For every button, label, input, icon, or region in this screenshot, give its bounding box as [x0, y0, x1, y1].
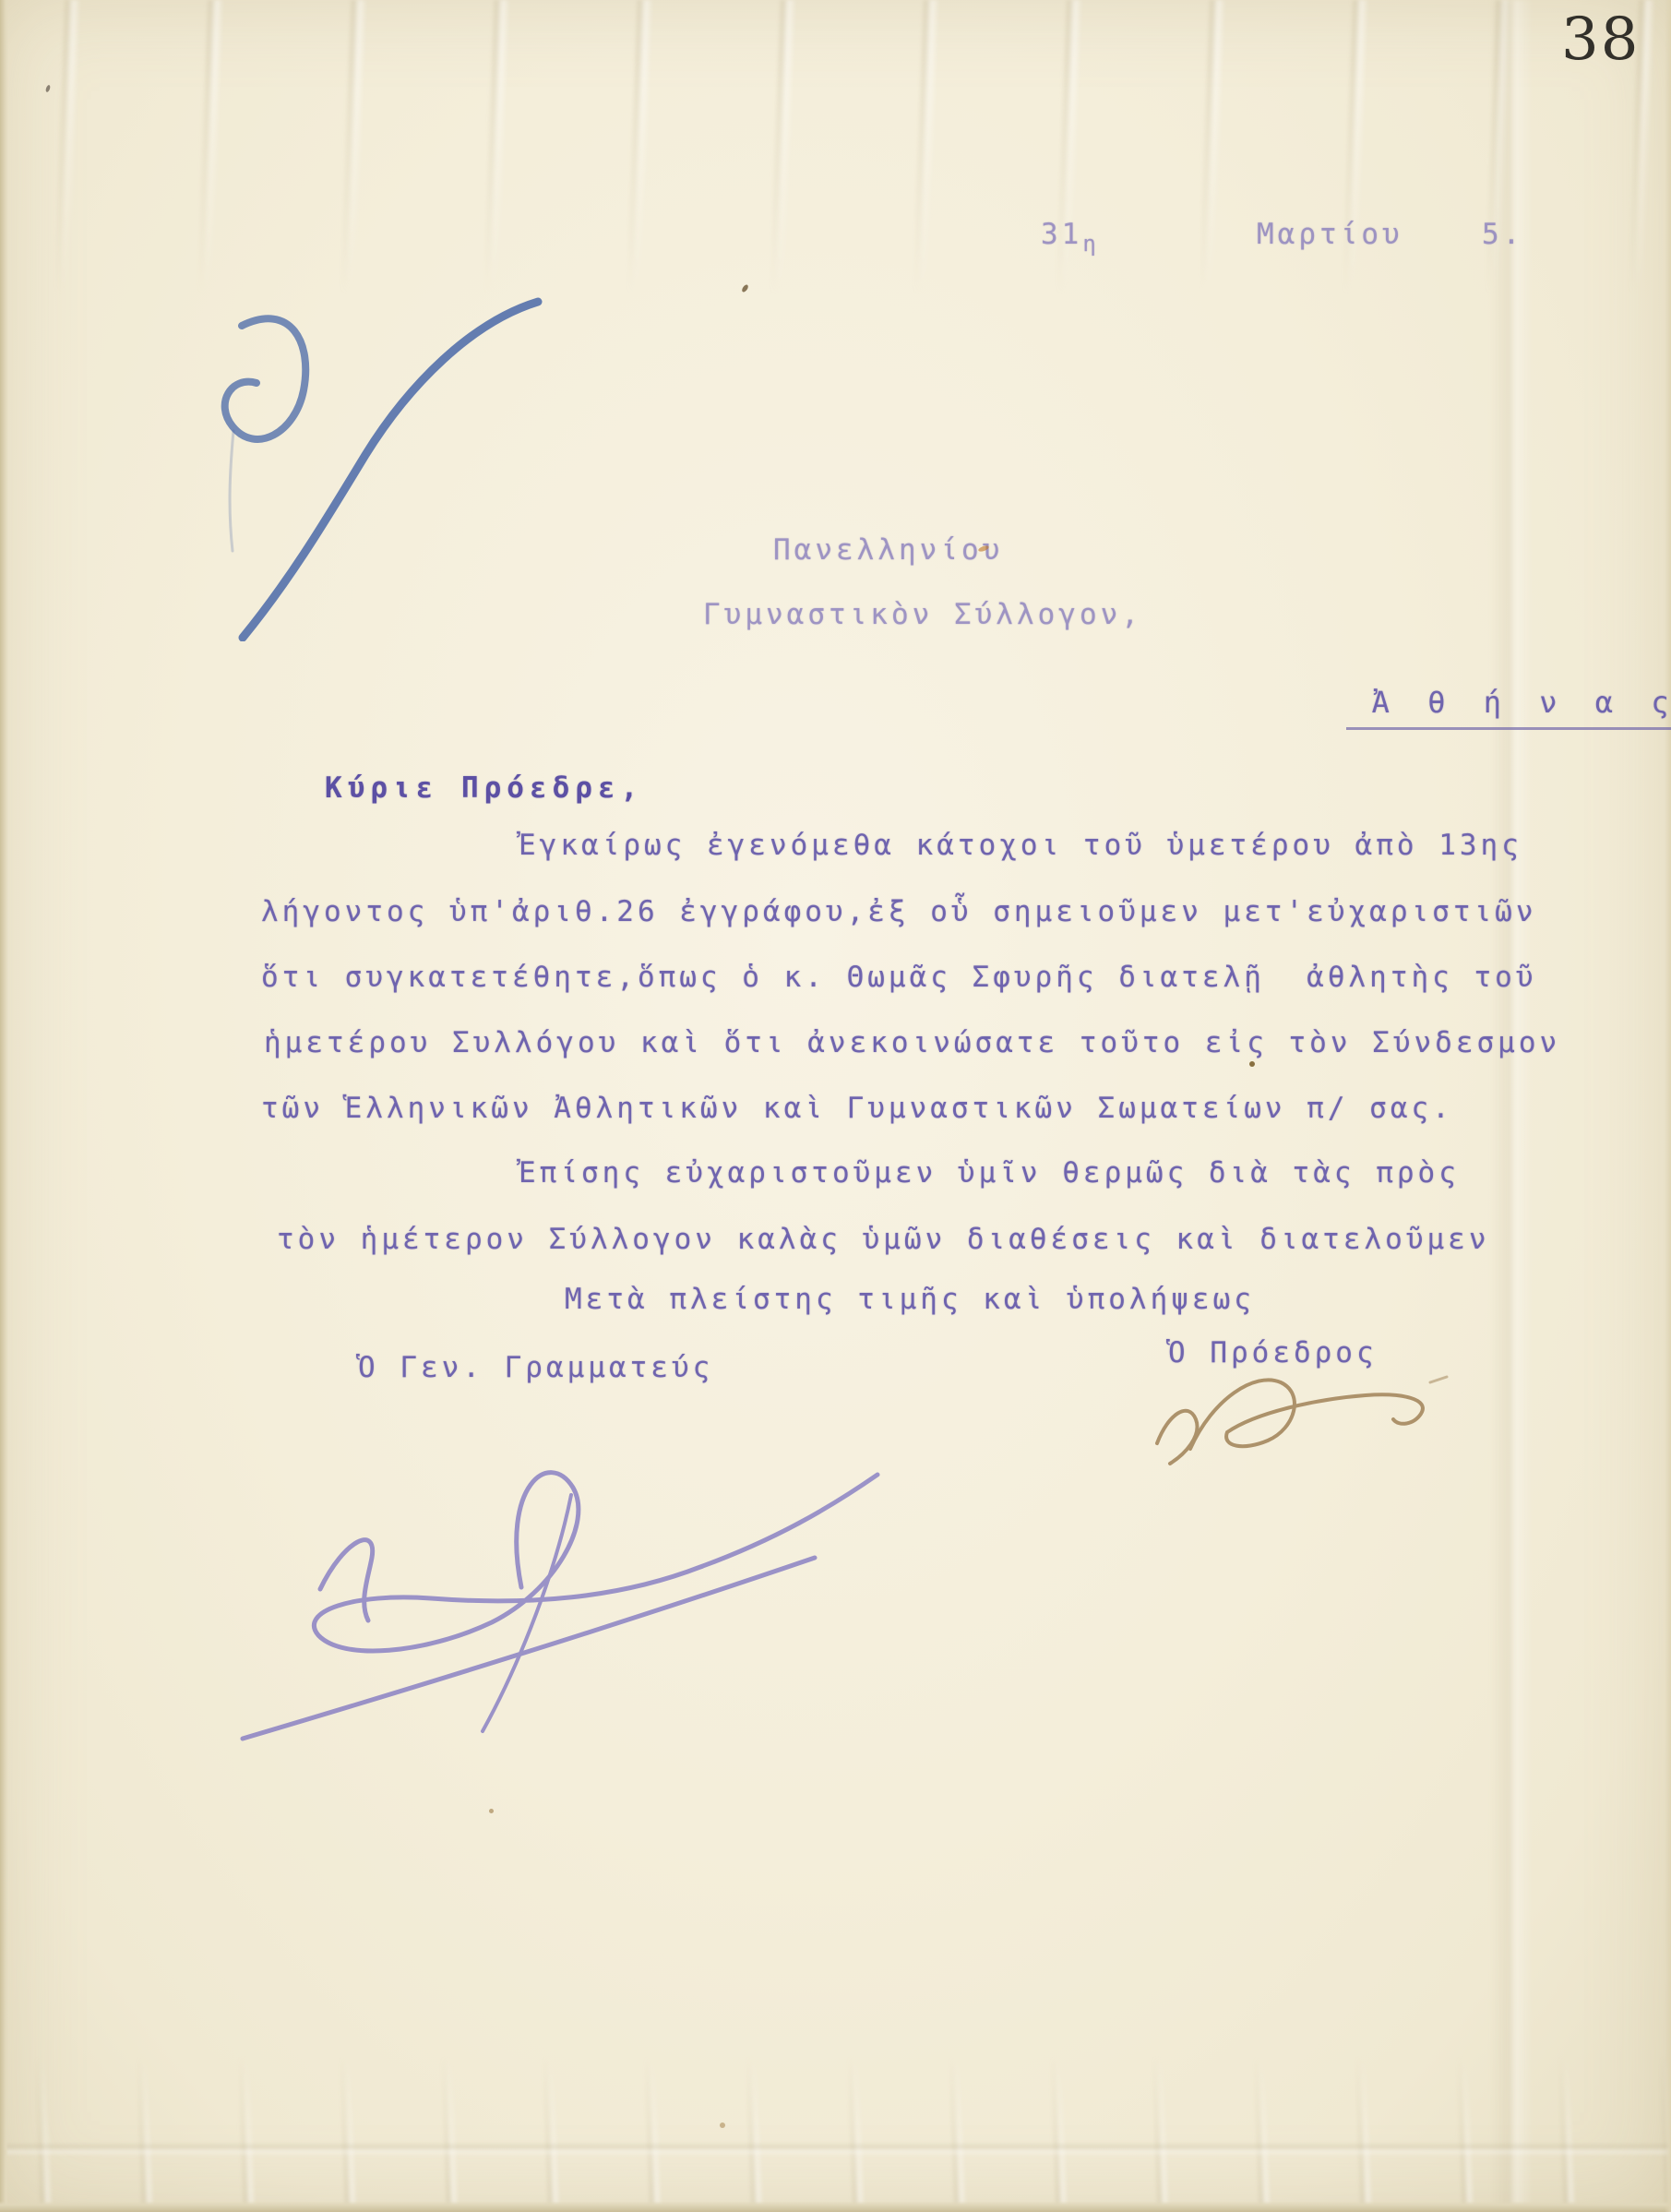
paper-edge-bottom [0, 2201, 1671, 2212]
letterhead-organization-line2: Γυμναστικὸν Σύλλογον, [703, 598, 1142, 631]
body-line: τῶν Ἑλληνικῶν Ἀθλητικῶν καὶ Γυμναστικῶν … [261, 1092, 1453, 1125]
blue-pencil-mark [152, 272, 549, 641]
paper-edge-left [0, 0, 8, 2212]
paper-edge-right [1665, 0, 1671, 2212]
letterhead-place-text: Ἀ θ ή ν α ς [1346, 685, 1671, 730]
dust-speck [489, 1809, 494, 1813]
date-month: Μαρτίου [1257, 218, 1403, 251]
closing-formula: Μετὰ πλείστης τιμῆς καὶ ὑπολήψεως [565, 1283, 1255, 1316]
body-line: ἡμετέρου Συλλόγου καὶ ὅτι ἀνεκοινώσατε τ… [264, 1026, 1560, 1059]
paper-crease-texture-top [0, 0, 1671, 295]
paper-crease-right [1490, 0, 1533, 2212]
paper-crease-texture-bottom [0, 2055, 1671, 2212]
date-day: 31η [1041, 218, 1096, 257]
secretary-signature [217, 1421, 900, 1744]
body-line: Ἐγκαίρως ἐγενόμεθα κάτοχοι τοῦ ὑμετέρου … [519, 829, 1522, 862]
letter-page: 38 31η Μαρτίου 5. Πανελληνίου Γυμναστικὸ… [0, 0, 1671, 2212]
archive-page-number: 38 [1561, 6, 1640, 74]
date-year: 5. [1482, 218, 1523, 251]
salutation: Κύριε Πρόεδρε, [325, 771, 643, 805]
paper-fold-line [0, 2142, 1671, 2157]
dust-speck [1249, 1061, 1255, 1067]
president-signature [1137, 1355, 1460, 1484]
dust-speck [720, 2122, 725, 2128]
body-line: Ἐπίσης εὐχαριστοῦμεν ὑμῖν θερμῶς διὰ τὰς… [519, 1156, 1460, 1190]
secretary-title: Ὁ Γεν. Γραμματεύς [358, 1351, 713, 1384]
date-day-suffix: η [1082, 231, 1095, 257]
body-line: λήγοντος ὑπ'ἀριθ.26 ἐγγράφου,ἐξ οὗ σημει… [261, 895, 1536, 928]
body-line: τὸν ἡμέτερον Σύλλογον καλὰς ὑμῶν διαθέσε… [277, 1223, 1490, 1256]
letterhead-place: Ἀ θ ή ν α ς [1262, 652, 1671, 753]
body-line: ὅτι συγκατετέθητε,ὅπως ὁ κ. Θωμᾶς Σφυρῆς… [261, 961, 1536, 994]
letterhead-organization-line1: Πανελληνίου [773, 533, 1003, 567]
